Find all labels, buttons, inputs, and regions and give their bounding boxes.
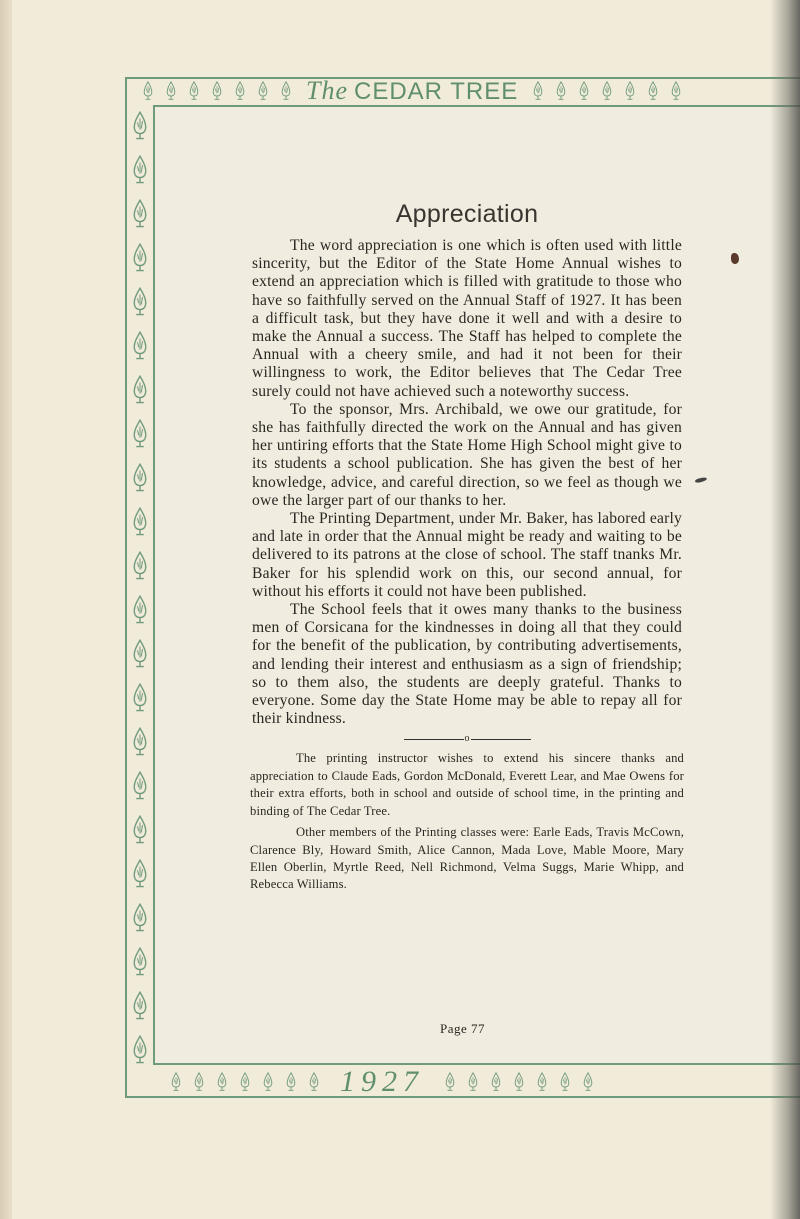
cedar-tree-icon <box>576 81 592 101</box>
cedar-tree-icon <box>557 1072 573 1092</box>
note-printing-class-members: Other members of the Printing classes we… <box>250 824 684 894</box>
cedar-tree-icon <box>306 1072 322 1092</box>
left-border-trees <box>128 108 152 1068</box>
note-instructor-thanks: The printing instructor wishes to extend… <box>250 750 684 820</box>
masthead-title: TheCEDAR TREE <box>306 76 518 106</box>
cedar-tree-icon <box>553 81 569 101</box>
header-right-trees <box>530 81 684 101</box>
cedar-tree-icon <box>130 1032 150 1068</box>
cedar-tree-icon <box>580 1072 596 1092</box>
cedar-tree-icon <box>168 1072 184 1092</box>
cedar-tree-icon <box>130 152 150 188</box>
cedar-tree-icon <box>442 1072 458 1092</box>
cedar-tree-icon <box>283 1072 299 1092</box>
cedar-tree-icon <box>645 81 661 101</box>
binding-shadow <box>770 0 800 1219</box>
cedar-tree-icon <box>130 592 150 628</box>
footer-band: 1927 <box>140 1066 800 1098</box>
cedar-tree-icon <box>232 81 248 101</box>
page-number: Page 77 <box>440 1021 485 1037</box>
cedar-tree-icon <box>511 1072 527 1092</box>
masthead-prefix: The <box>306 76 348 105</box>
cedar-tree-icon <box>130 988 150 1024</box>
cedar-tree-icon <box>130 284 150 320</box>
cedar-tree-icon <box>260 1072 276 1092</box>
cedar-tree-icon <box>599 81 615 101</box>
footer-year: 1927 <box>340 1065 424 1099</box>
cedar-tree-icon <box>668 81 684 101</box>
masthead-band: TheCEDAR TREE <box>140 78 800 104</box>
paragraph-printing-department: The Printing Department, under Mr. Baker… <box>252 510 682 601</box>
cedar-tree-icon <box>130 548 150 584</box>
cedar-tree-icon <box>209 81 225 101</box>
cedar-tree-icon <box>163 81 179 101</box>
cedar-tree-icon <box>130 504 150 540</box>
paper-stain <box>731 253 739 264</box>
cedar-tree-icon <box>130 812 150 848</box>
section-divider: o <box>252 734 682 744</box>
header-left-trees <box>140 81 294 101</box>
cedar-tree-icon <box>488 1072 504 1092</box>
divider-ornament: o <box>465 734 470 744</box>
cedar-tree-icon <box>130 460 150 496</box>
cedar-tree-icon <box>534 1072 550 1092</box>
cedar-tree-icon <box>130 372 150 408</box>
cedar-tree-icon <box>214 1072 230 1092</box>
cedar-tree-icon <box>130 108 150 144</box>
cedar-tree-icon <box>237 1072 253 1092</box>
cedar-tree-icon <box>530 81 546 101</box>
article: Appreciation The word appreciation is on… <box>252 195 682 894</box>
cedar-tree-icon <box>130 724 150 760</box>
masthead-name: CEDAR TREE <box>354 78 518 105</box>
cedar-tree-icon <box>191 1072 207 1092</box>
cedar-tree-icon <box>130 636 150 672</box>
article-title: Appreciation <box>252 200 682 229</box>
printing-notes: The printing instructor wishes to extend… <box>250 750 684 893</box>
cedar-tree-icon <box>130 944 150 980</box>
footer-right-trees <box>442 1072 596 1092</box>
cedar-tree-icon <box>130 900 150 936</box>
divider-line-left <box>404 739 464 740</box>
cedar-tree-icon <box>255 81 271 101</box>
footer-left-trees <box>168 1072 322 1092</box>
paragraph-sponsor: To the sponsor, Mrs. Archibald, we owe o… <box>252 401 682 510</box>
paragraph-staff: The word appreciation is one which is of… <box>252 237 682 401</box>
cedar-tree-icon <box>130 856 150 892</box>
cedar-tree-icon <box>130 680 150 716</box>
cedar-tree-icon <box>186 81 202 101</box>
cedar-tree-icon <box>278 81 294 101</box>
divider-line-right <box>471 739 531 740</box>
cedar-tree-icon <box>130 196 150 232</box>
cedar-tree-icon <box>622 81 638 101</box>
paragraph-business-men: The School feels that it owes many thank… <box>252 601 682 728</box>
cedar-tree-icon <box>465 1072 481 1092</box>
book-page-edge <box>0 0 12 1219</box>
cedar-tree-icon <box>130 240 150 276</box>
cedar-tree-icon <box>140 81 156 101</box>
cedar-tree-icon <box>130 328 150 364</box>
cedar-tree-icon <box>130 416 150 452</box>
cedar-tree-icon <box>130 768 150 804</box>
